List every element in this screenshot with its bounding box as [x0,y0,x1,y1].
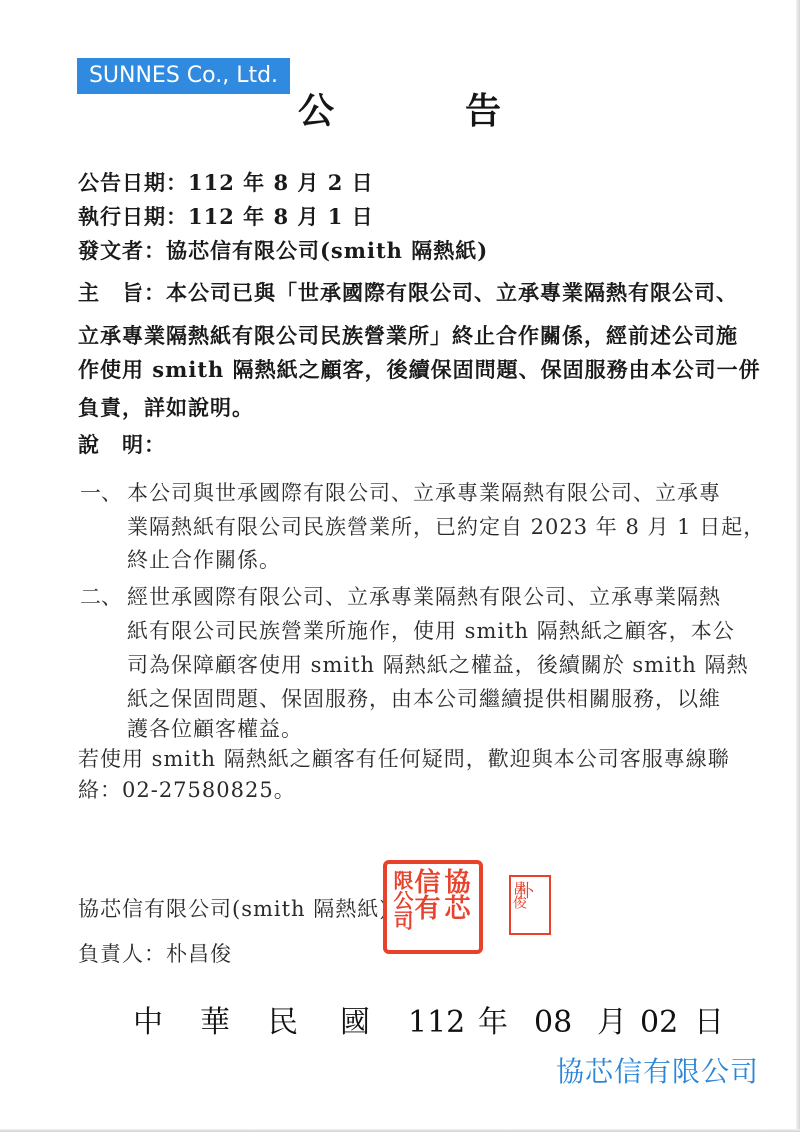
subject-line-4: 負責，詳如說明。 [78,394,254,422]
title-char-2: 告 [465,92,501,132]
brand-badge: SUNNES Co., Ltd. [77,58,290,94]
footer-company: 協芯信有限公司 [556,1054,759,1090]
personal-seal: 朴 昌俊 [509,875,551,935]
effective-date: 執行日期：112 年 8 月 1 日 [78,203,374,231]
roc-date-part: 民 [268,1003,298,1043]
roc-date-part: 中 [133,1003,163,1043]
explanation-heading: 說 明： [78,431,166,459]
issuer: 發文者：協芯信有限公司(smith 隔熱紙) [78,237,488,265]
list-line: 本公司與世承國際有限公司、立承專業隔熱有限公司、立承專 [127,479,721,507]
contact-phone: 絡：02-27580825。 [78,776,296,804]
roc-date-part: 日 [694,1003,724,1043]
roc-date-part: 02 [640,1003,678,1043]
seal-col: 協芯 [445,868,475,920]
contact-line-1: 若使用 smith 隔熱紙之顧客有任何疑問，歡迎與本公司客服專線聯 [78,745,730,773]
list-line: 經世承國際有限公司、立承專業隔熱有限公司、立承專業隔熱 [127,583,721,611]
list-marker: 一、 [80,479,122,507]
seal-col: 昌俊 [513,881,531,909]
subject-line-1: 主 旨：本公司已與「世承國際有限公司、立承專業隔熱有限公司、 [78,279,738,307]
roc-date-part: 年 [478,1003,508,1043]
seal-col: 限公司 [385,870,415,930]
list-line: 終止合作關係。 [127,546,281,574]
signer-company: 協芯信有限公司(smith 隔熱紙) [78,895,388,923]
list-line: 司為保障顧客使用 smith 隔熱紙之權益，後續關於 smith 隔熱 [127,651,748,679]
seal-col: 信有 [415,868,445,920]
seal-col: 朴 [529,881,547,899]
roc-date-part: 月 [597,1003,627,1043]
list-line: 紙之保固問題、保固服務，由本公司繼續提供相關服務，以維 [127,685,721,713]
page-edge-shadow [796,0,800,1132]
list-line: 業隔熱紙有限公司民族營業所，已約定自 2023 年 8 月 1 日起， [127,513,765,541]
subject-line-3: 作使用 smith 隔熱紙之顧客，後續保固問題、保固服務由本公司一併 [78,356,761,384]
title-char-1: 公 [298,92,334,132]
roc-date-part: 華 [200,1003,230,1043]
company-seal: 協芯 信有 限公司 [383,860,483,954]
list-marker: 二、 [80,583,122,611]
roc-date-part: 08 [534,1003,572,1043]
subject-line-2: 立承專業隔熱紙有限公司民族營業所」終止合作關係，經前述公司施 [78,322,738,350]
roc-date-part: 國 [340,1003,370,1043]
signer-responsible: 負責人：朴昌俊 [78,940,232,968]
list-line: 紙有限公司民族營業所施作，使用 smith 隔熱紙之顧客，本公 [127,617,735,645]
list-line: 護各位顧客權益。 [127,715,303,743]
announce-date: 公告日期：112 年 8 月 2 日 [78,169,374,197]
roc-date-part: 112 [408,1003,465,1043]
